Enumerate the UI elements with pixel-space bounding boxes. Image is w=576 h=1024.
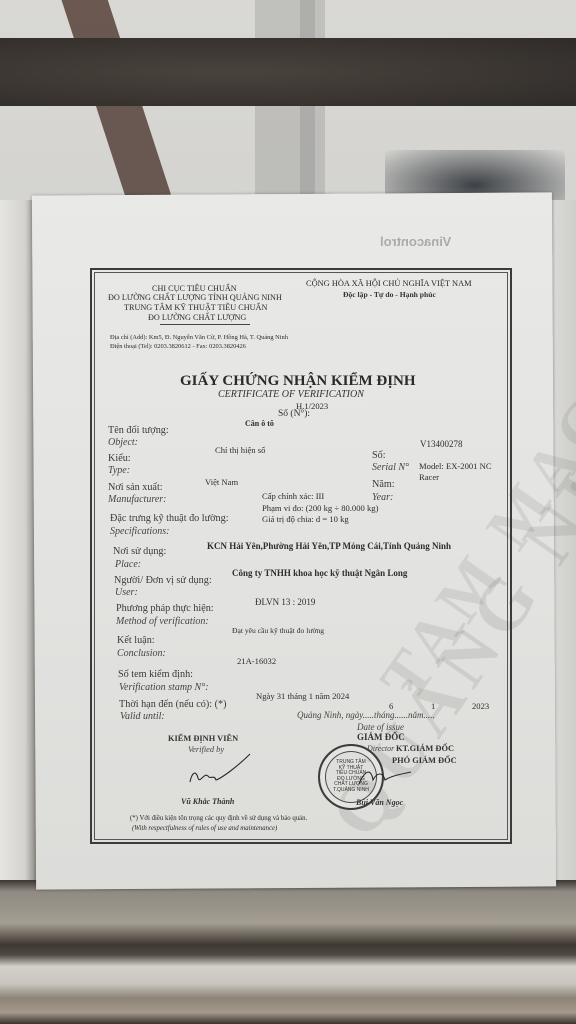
model-value: Model: EX-2001 NC [419, 462, 492, 471]
background-logo: Vinacontrol [380, 234, 451, 249]
stamp-label-en: Verification stamp N°: [119, 683, 209, 693]
org-line-2: ĐO LƯỜNG CHẤT LƯỢNG TỈNH QUẢNG NINH [108, 294, 282, 302]
valid-label: Thời hạn đến (nếu có): (*) [119, 700, 227, 710]
valid-value: Ngày 31 tháng 1 năm 2024 [256, 692, 349, 701]
phone: Điện thoại (Tel): 0203.3820612 - Fax: 02… [110, 344, 246, 350]
valid-label-en: Valid until: [120, 712, 165, 722]
serial-label: Số: [372, 451, 386, 461]
conclusion-value: Đạt yêu cầu kỹ thuật đo lường [232, 627, 324, 635]
org-line-4: ĐO LƯỜNG CHẤT LƯỢNG [148, 314, 246, 322]
deputy-line-1: KT.GIÁM ĐỐC [396, 745, 454, 753]
org-line-1: CHI CỤC TIÊU CHUẨN [152, 285, 237, 293]
user-label: Người/ Đơn vị sử dụng: [114, 576, 212, 586]
place-value: KCN Hải Yên,Phường Hải Yên,TP Móng Cái,T… [207, 542, 451, 551]
window-sill [0, 880, 576, 1024]
user-label-en: User: [115, 588, 138, 598]
director-signature [355, 762, 415, 792]
window-frame-left [0, 200, 36, 900]
footnote-vn: (*) Với điều kiện tôn trọng các quy định… [130, 816, 307, 823]
manufacturer-label-en: Manufacturer: [108, 495, 167, 505]
stamp-label: Số tem kiểm định: [118, 670, 193, 680]
title-en: CERTIFICATE OF VERIFICATION [218, 390, 364, 400]
issue-year: 2023 [472, 702, 489, 711]
org-underline [160, 324, 250, 325]
method-label: Phương pháp thực hiện: [116, 604, 214, 614]
verifier-signature [180, 752, 260, 792]
stamp-value: 21A-16032 [237, 657, 276, 666]
spec-range: Phạm vi đo: (200 kg ÷ 80.000 kg) [262, 504, 378, 513]
year-label-en: Year: [372, 493, 393, 503]
manufacturer-value: Việt Nam [205, 478, 238, 487]
director-name: Bùi Văn Ngọc [356, 799, 403, 807]
type-label-en: Type: [108, 466, 130, 476]
spec-division: Giá trị độ chia: d = 10 kg [262, 515, 349, 524]
object-value: Cân ô tô [245, 420, 274, 428]
issue-place-date: Quảng Ninh, ngày.....tháng......năm..... [297, 711, 435, 720]
manufacturer-label: Nơi sản xuất: [108, 483, 163, 493]
verifier-title: KIỂM ĐỊNH VIÊN [168, 735, 238, 743]
address: Địa chỉ (Add): Km5, Đ. Nguyễn Văn Cừ, P.… [110, 335, 288, 341]
year-label: Năm: [372, 480, 395, 490]
serial-label-en: Serial N° [372, 463, 409, 473]
org-line-3: TRUNG TÂM KỸ THUẬT TIÊU CHUẨN [124, 304, 267, 312]
conclusion-label-en: Conclusion: [117, 649, 166, 659]
spec-accuracy: Cấp chính xác: III [262, 492, 324, 501]
object-label-en: Object: [108, 438, 138, 448]
model-value-2: Racer [419, 473, 439, 482]
user-value: Công ty TNHH khoa học kỹ thuật Ngân Long [232, 569, 407, 578]
place-label: Nơi sử dụng: [113, 547, 166, 557]
specs-label-en: Specifications: [110, 527, 169, 537]
method-value: ĐLVN 13 : 2019 [255, 598, 315, 607]
conclusion-label: Kết luận: [117, 636, 155, 646]
date-of-issue-label: Date of issue [357, 723, 404, 732]
specs-label: Đặc trưng kỹ thuật đo lường: [110, 514, 229, 524]
country-name: CỘNG HÒA XÃ HỘI CHỦ NGHĨA VIỆT NAM [306, 280, 472, 288]
motto: Độc lập - Tự do - Hạnh phúc [343, 291, 436, 299]
number-label: Số (N°): [278, 410, 310, 420]
verifier-name: Vũ Khắc Thành [181, 798, 234, 806]
title-vn: GIẤY CHỨNG NHẬN KIỂM ĐỊNH [180, 374, 416, 389]
footnote-en: (With respectfulness of rules of use and… [132, 826, 277, 833]
place-label-en: Place: [115, 560, 141, 570]
object-label: Tên đối tượng: [108, 426, 169, 436]
serial-value: V13400278 [420, 440, 463, 449]
method-label-en: Method of verification: [116, 617, 209, 627]
director-title: GIÁM ĐỐC [357, 733, 405, 742]
type-value: Chỉ thị hiện số [215, 446, 265, 455]
type-label: Kiểu: [108, 454, 131, 464]
rusty-bar-horizontal [0, 38, 576, 106]
